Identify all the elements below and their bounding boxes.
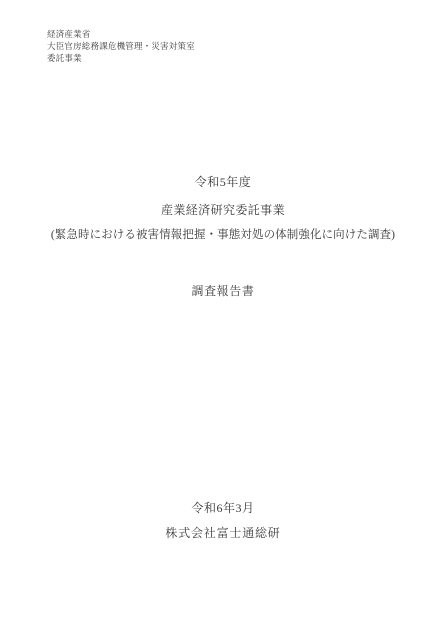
agency-name: 経済産業省: [47, 28, 195, 40]
report-cover-page: 経済産業省 大臣官房総務課危機管理・災害対策室 委託事業 令和5年度 産業経済研…: [0, 0, 446, 630]
program-title: 産業経済研究委託事業: [0, 204, 446, 216]
commissioned-project-label: 委託事業: [47, 52, 195, 64]
commissioning-agency-block: 経済産業省 大臣官房総務課危機管理・災害対策室 委託事業: [47, 28, 195, 64]
agency-department: 大臣官房総務課危機管理・災害対策室: [47, 40, 195, 52]
document-type-title: 調査報告書: [0, 285, 446, 297]
company-name: 株式会社富士通総研: [0, 527, 446, 539]
survey-subtitle: (緊急時における被害情報把握・事態対処の体制強化に向けた調査): [0, 230, 446, 242]
publication-date: 令和6年3月: [0, 502, 446, 514]
fiscal-year-line: 令和5年度: [0, 176, 446, 188]
